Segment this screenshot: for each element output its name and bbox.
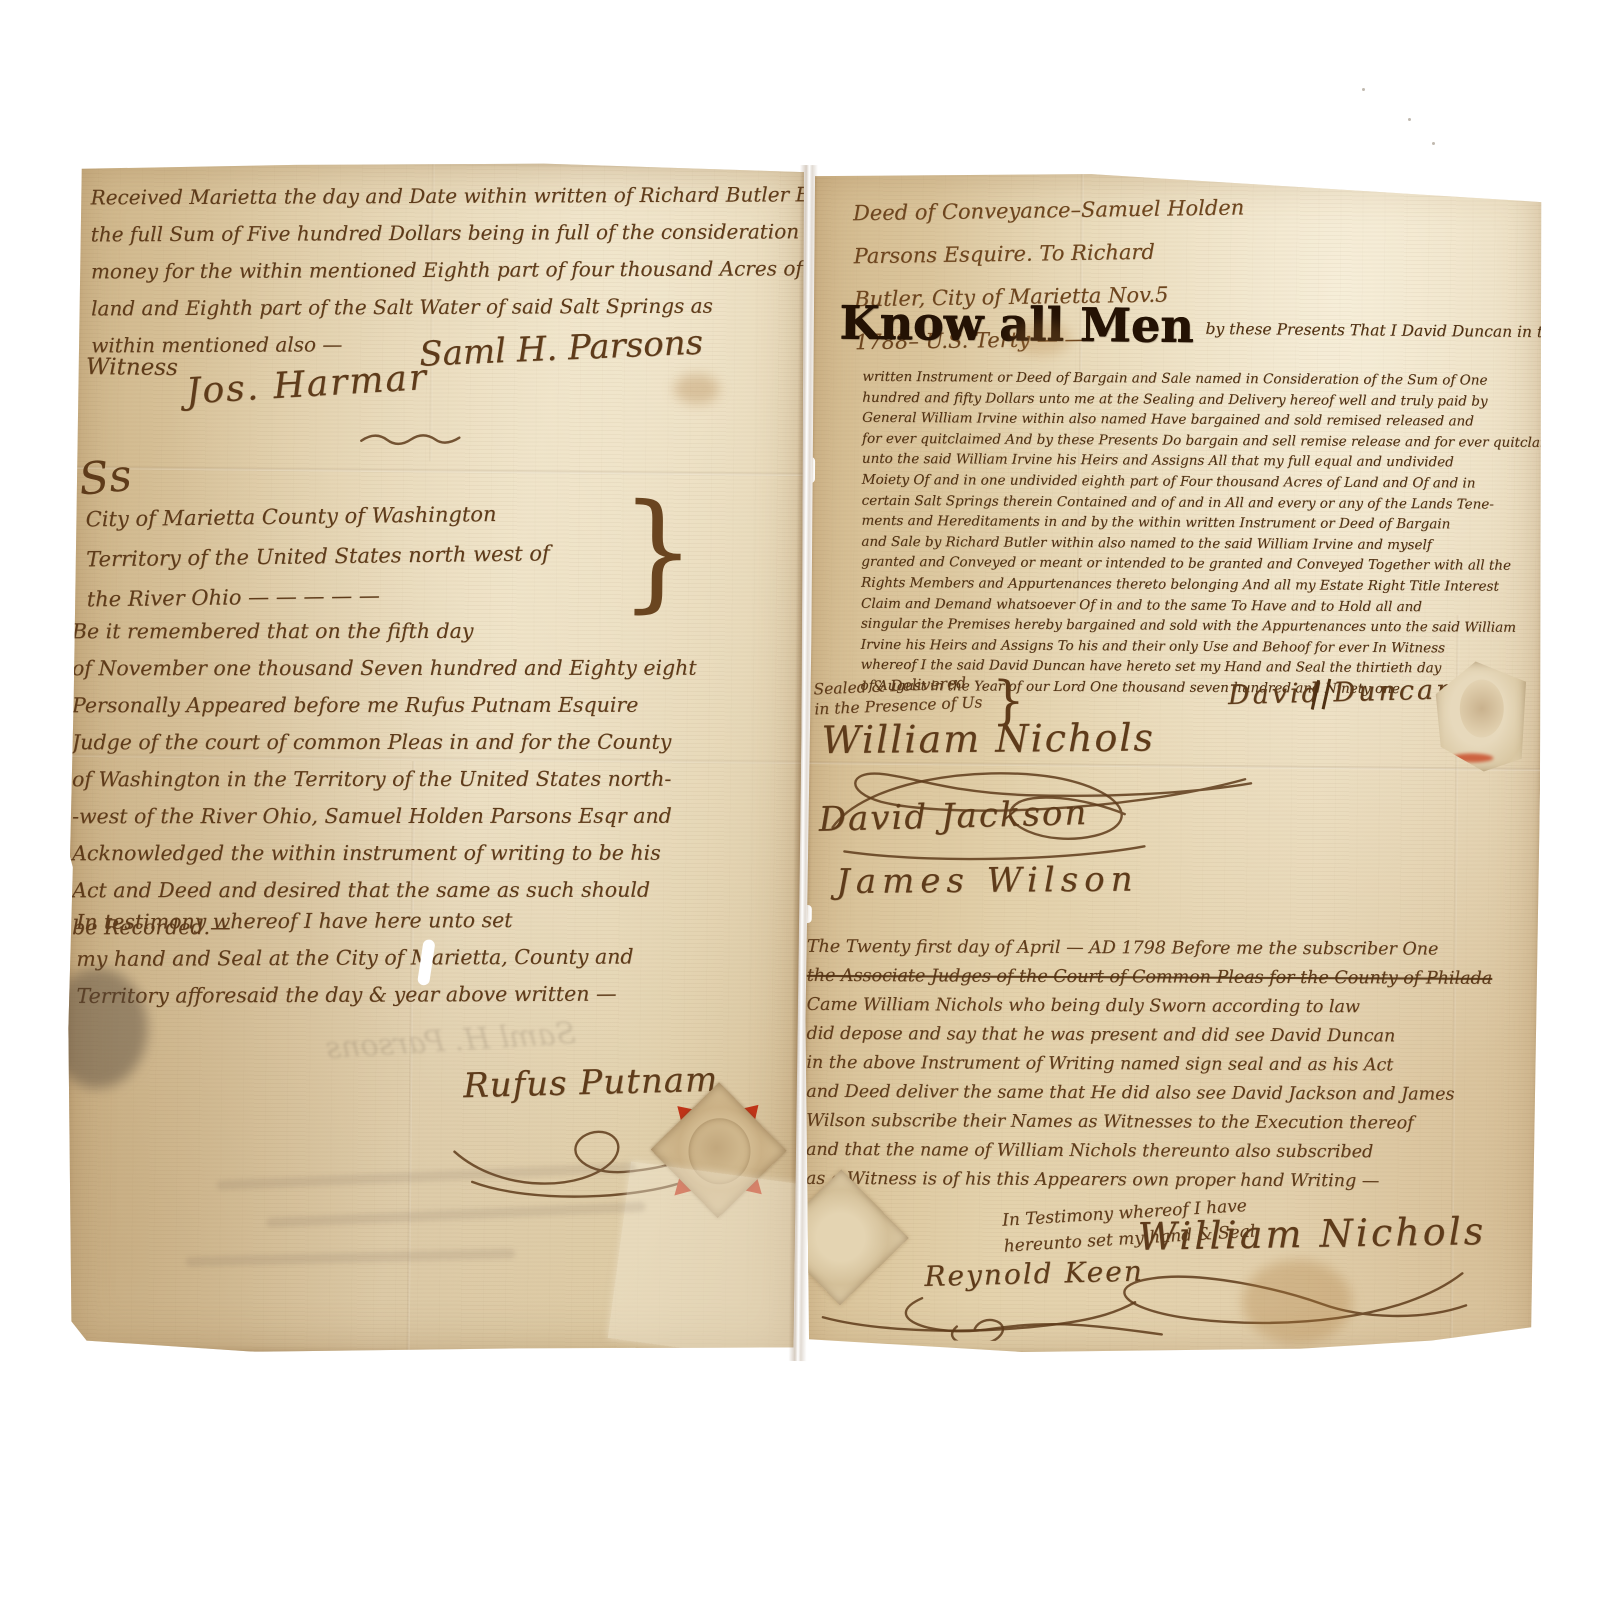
red-wax-seal — [648, 1080, 789, 1221]
manuscript-sheet: Received Marietta the day and Date withi… — [65, 158, 1548, 1370]
show-through-line — [185, 1249, 515, 1267]
seal-impression — [688, 1118, 751, 1185]
manuscript-line: Parsons Esquire. To Richard — [853, 229, 1245, 278]
manuscript-line: and that the name of William Nichols the… — [806, 1136, 1492, 1168]
seal-impression — [1460, 679, 1505, 737]
deed-heading-row: Know all Menby these Presents That I Dav… — [839, 295, 1546, 356]
show-through-line — [216, 1162, 636, 1190]
signature-david-jackson: David Jackson — [818, 793, 1088, 840]
signature-william-nichols-final: William Nichols — [1137, 1209, 1486, 1259]
ss-jurat-mark: Ss — [77, 450, 134, 506]
show-through-signature: Saml H. Parsons — [325, 1016, 577, 1066]
manuscript-line: Wilson subscribe their Names as Witnesse… — [806, 1107, 1492, 1139]
paper-chip — [807, 457, 815, 483]
signature-reynold-keen: Reynold Keen — [924, 1254, 1144, 1293]
fold-crease — [73, 466, 804, 476]
show-through-line — [266, 1202, 646, 1228]
testimony-paragraph: In testimony whereof I have here unto se… — [76, 901, 634, 1014]
venue-clause: City of Marietta County of WashingtonTer… — [85, 493, 550, 619]
manuscript-line: did depose and say that he was present a… — [806, 1020, 1492, 1052]
manuscript-line: Acknowledged the within instrument of wr… — [72, 835, 697, 873]
attestation-paragraph: The Twenty first day of April — AD 1798 … — [806, 933, 1493, 1197]
dust-speck — [1362, 88, 1365, 91]
manuscript-line: as a Witness is of his this Appearers ow… — [806, 1165, 1492, 1197]
sealed-delivered-clause: Sealed & Deliveredin the Presence of Us — [813, 672, 983, 719]
manuscript-line: -west of the River Ohio, Samuel Holden P… — [72, 798, 697, 836]
manuscript-line: Personally Appeared before me Rufus Putn… — [72, 687, 697, 725]
dust-speck — [1408, 118, 1411, 121]
dust-speck — [1432, 142, 1435, 145]
signature-james-wilson: James Wilson — [836, 860, 1139, 902]
manuscript-line: Territory afforesaid the day & year abov… — [76, 975, 633, 1014]
photo-canvas: Received Marietta the day and Date withi… — [0, 0, 1600, 1600]
foxing-stain — [674, 374, 720, 404]
venue-brace: } — [620, 476, 697, 626]
wax-trace — [1451, 753, 1493, 762]
manuscript-line: Deed of Conveyance–Samuel Holden — [853, 186, 1245, 235]
acknowledgment-paragraph: Be it remembered that on the fifth dayof… — [72, 613, 697, 947]
manuscript-line: Territory of the United States north wes… — [86, 533, 550, 579]
manuscript-line: of Washington in the Territory of the Un… — [72, 761, 697, 799]
signature-william-nichols-witness: William Nichols — [821, 715, 1155, 762]
signature-flourish — [817, 1287, 1147, 1342]
manuscript-line: Came William Nichols who being duly Swor… — [807, 991, 1493, 1023]
foxing-stain — [1242, 1259, 1353, 1344]
left-page: Received Marietta the day and Date withi… — [65, 158, 807, 1357]
right-page: Deed of Conveyance–Samuel HoldenParsons … — [802, 169, 1546, 1358]
manuscript-line: the full Sum of Five hundred Dollars bei… — [91, 213, 807, 253]
manuscript-line: and Deed deliver the same that He did al… — [806, 1078, 1492, 1110]
manuscript-line: Be it remembered that on the fifth day — [72, 613, 697, 651]
paper-chip — [802, 905, 812, 923]
manuscript-line: my hand and Seal at the City of Marietta… — [76, 938, 633, 977]
manuscript-line: In testimony whereof I have here unto se… — [76, 901, 633, 940]
manuscript-line: in the above Instrument of Writing named… — [806, 1049, 1492, 1081]
fold-crease — [807, 761, 1540, 771]
signature-josiah-harmar: Jos. Harmar — [185, 357, 429, 413]
manuscript-line: land and Eighth part of the Salt Water o… — [91, 287, 807, 327]
manuscript-line: Judge of the court of common Pleas in an… — [72, 724, 697, 762]
manuscript-line: of November one thousand Seven hundred a… — [72, 650, 697, 688]
know-all-men-heading: Know all Men — [839, 295, 1194, 352]
witness-label: Witness — [86, 354, 178, 381]
signature-flourish — [355, 429, 475, 450]
manuscript-line: City of Marietta County of Washington — [85, 493, 549, 539]
deed-body-paragraph: written Instrument or Deed of Bargain an… — [860, 367, 1545, 701]
manuscript-line: Received Marietta the day and Date withi… — [91, 176, 807, 216]
manuscript-line: The Twenty first day of April — AD 1798 … — [807, 933, 1493, 965]
manuscript-line: the Associate Judges of the Court of Com… — [807, 962, 1493, 994]
signature-david-duncan: David Duncan — [1228, 674, 1457, 711]
heading-lead-in: by these Presents That I David Duncan in… — [1205, 320, 1545, 342]
manuscript-line: money for the within mentioned Eighth pa… — [91, 250, 807, 290]
